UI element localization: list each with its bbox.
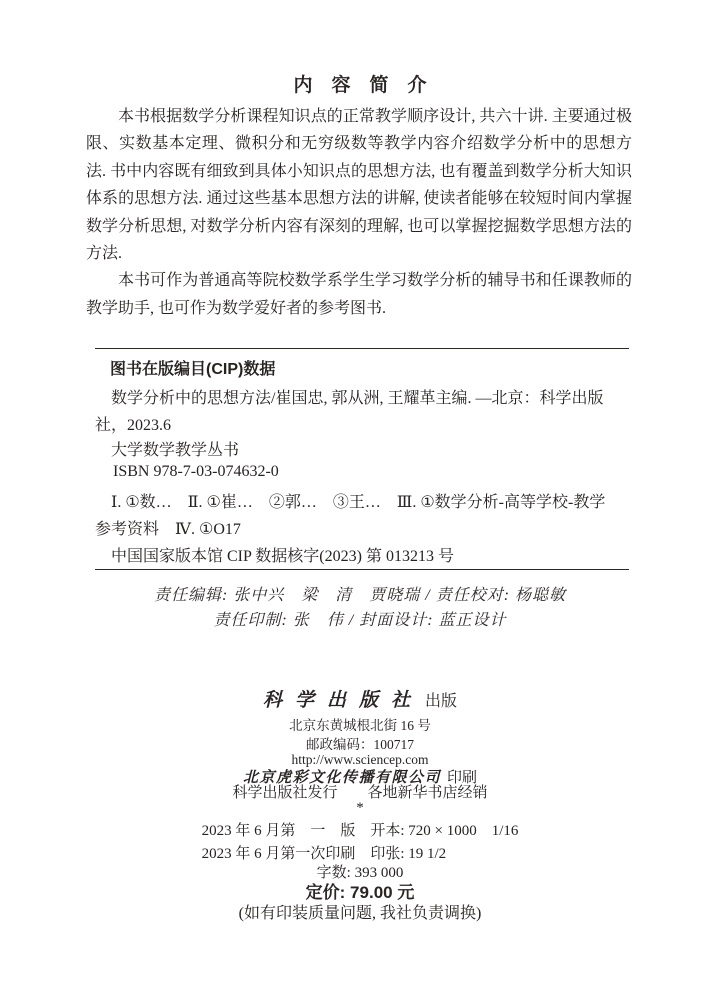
publisher-suffix: 出版 [425,693,457,710]
edition-block-inner: 2023 年 6 月第 一 版 开本: 720 × 1000 1/16 2023… [202,820,519,866]
cip-classification: Ⅰ. ①数… Ⅱ. ①崔… ②郭… ③王… Ⅲ. ①数学分析-高等学校-教学 参… [95,490,635,543]
quality-notice: (如有印装质量问题, 我社负责调换) [0,900,720,923]
cip-registry: 中国国家版本馆 CIP 数据核字(2023) 第 013213 号 [111,543,454,566]
distribution-line: 科学出版社发行 各地新华书店经销 [0,781,720,802]
separator-asterisk: * [0,800,720,817]
cip-isbn: ISBN 978-7-03-074632-0 [113,463,279,481]
staff-editors-line: 责任编辑: 张中兴 梁 清 贾晓瑞 / 责任校对: 杨聪敏 [0,582,720,605]
cip-top-rule [95,348,629,349]
cip-header: 图书在版编目(CIP)数据 [110,356,275,379]
edition-block: 2023 年 6 月第 一 版 开本: 720 × 1000 1/16 2023… [0,820,720,866]
cip-classification-line-1: Ⅰ. ①数… Ⅱ. ①崔… ②郭… ③王… Ⅲ. ①数学分析-高等学校-教学 [95,490,635,517]
cip-bottom-rule [95,569,629,570]
cip-record: 数学分析中的思想方法/崔国忠, 郭从洲, 王耀革主编. —北京：科学出版 社，2… [95,386,635,439]
staff-print-design-line: 责任印制: 张 伟 / 封面设计: 蓝正设计 [0,607,720,630]
intro-body: 本书根据数学分析课程知识点的正常教学顺序设计, 共六十讲. 主要通过极限、实数基… [86,103,632,322]
publisher-line: 科学出版社出版 [0,685,720,712]
cip-series: 大学数学教学丛书 [111,437,239,460]
cip-classification-line-2: 参考资料 Ⅳ. ①O17 [95,517,635,544]
intro-title: 内容简介 [0,70,720,97]
publisher-postcode: 邮政编码：100717 [0,733,720,753]
copyright-page: 内容简介 本书根据数学分析课程知识点的正常教学顺序设计, 共六十讲. 主要通过极… [0,0,720,1000]
publisher-logo: 科学出版社 [263,690,423,711]
publisher-address: 北京东黄城根北街 16 号 [0,714,720,734]
cip-record-line-2: 社，2023.6 [95,413,635,440]
intro-paragraph-1: 本书根据数学分析课程知识点的正常教学顺序设计, 共六十讲. 主要通过极限、实数基… [86,103,632,267]
intro-paragraph-2: 本书可作为普通高等院校数学系学生学习数学分析的辅导书和任课教师的教学助手, 也可… [86,267,632,322]
edition-line: 2023 年 6 月第 一 版 开本: 720 × 1000 1/16 [202,820,519,843]
cip-record-line-1: 数学分析中的思想方法/崔国忠, 郭从洲, 王耀革主编. —北京：科学出版 [95,386,635,413]
